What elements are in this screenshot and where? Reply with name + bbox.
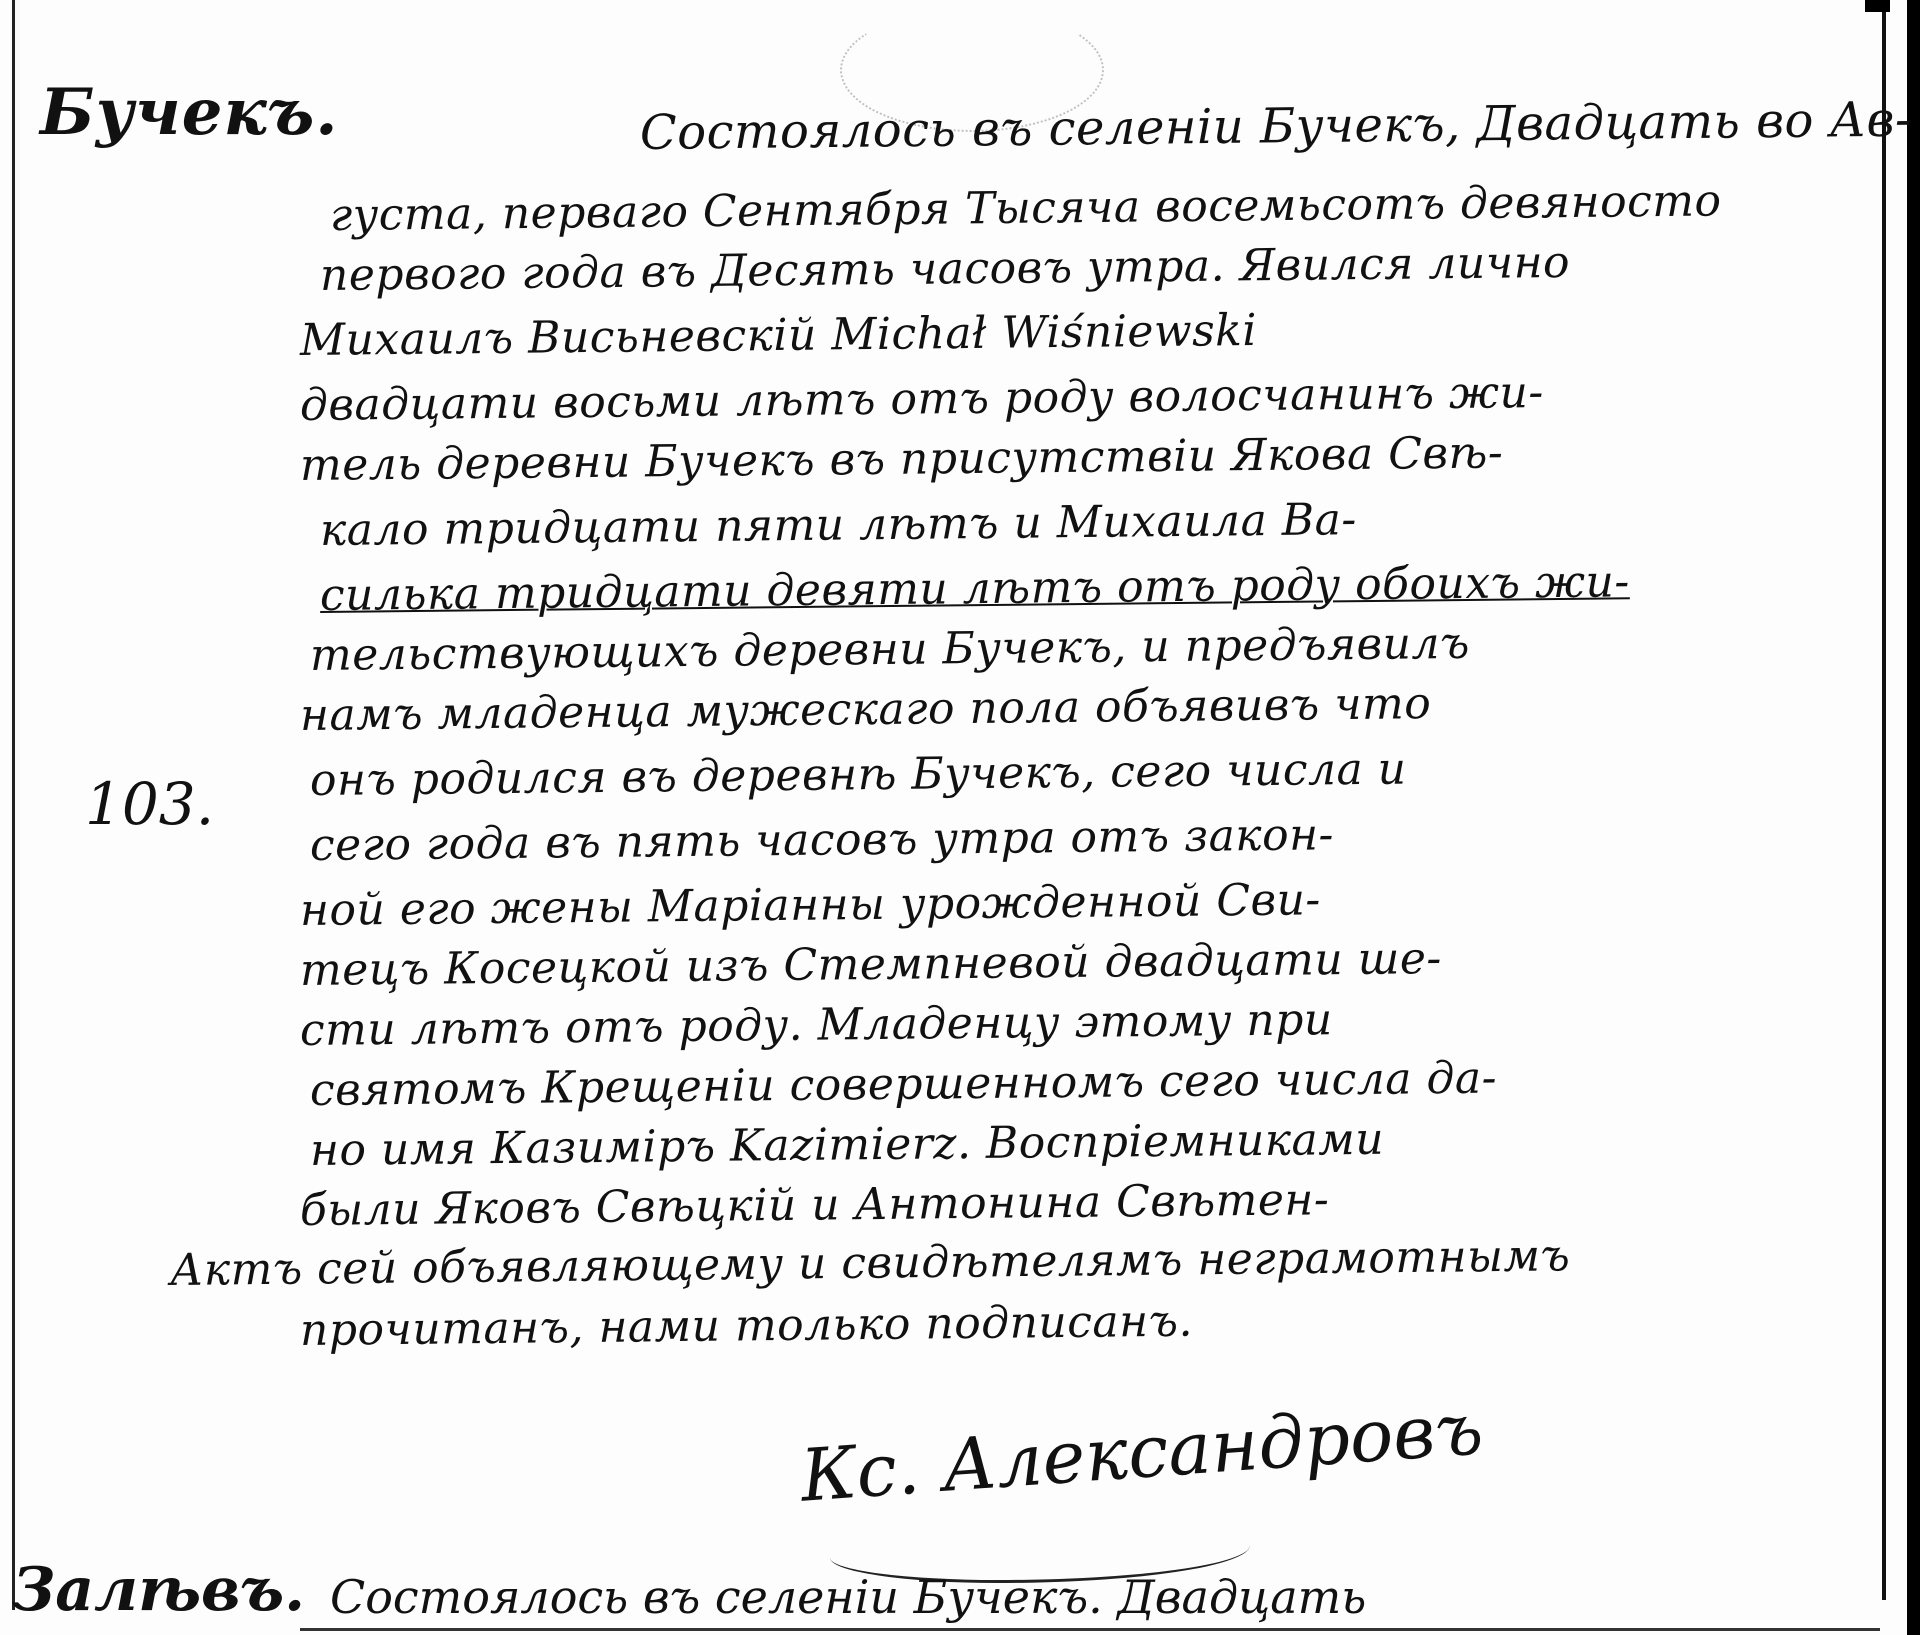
priest-signature: Кс. Александровъ: [798, 1386, 1486, 1517]
record-line-16: святомъ Крещеніи совершенномъ сего числа…: [310, 1053, 1497, 1116]
next-entry-heading: Залѣвъ.: [12, 1555, 305, 1625]
record-line-9: тельствующихъ деревни Бучекъ, и предъяви…: [310, 618, 1470, 681]
record-line-19: Актъ сей объявляющему и свидѣтелямъ негр…: [170, 1230, 1571, 1296]
record-line-3: первого года въ Десять часовъ утра. Явил…: [320, 237, 1571, 301]
record-line-4: Михаилъ Висьневскій Michał Wiśniewski: [300, 305, 1257, 366]
record-line-13: ной его жены Маріанны урожденной Сви-: [300, 874, 1321, 936]
record-line-15: сти лѣтъ отъ роду. Младенцу этому при: [300, 994, 1333, 1056]
next-entry-first-line: Состоялось въ селеніи Бучекъ. Двадцать: [330, 1570, 1366, 1624]
record-line-8: силька тридцати девяти лѣтъ отъ роду обо…: [320, 556, 1630, 621]
record-line-12: сего года въ пять часовъ утра отъ закон-: [310, 809, 1334, 871]
record-line-14: тецъ Косецкой изъ Стемпневой двадцати ше…: [300, 933, 1442, 996]
record-line-7: кало тридцати пяти лѣтъ и Михаила Ва-: [320, 494, 1357, 556]
right-page-border: [1882, 10, 1886, 1600]
record-line-11: онъ родился въ деревнѣ Бучекъ, сего числ…: [310, 744, 1407, 806]
record-line-2: густа, перваго Сентября Тысяча восемьсот…: [330, 175, 1722, 241]
left-page-border: [12, 0, 15, 1610]
scan-edge: [1907, 0, 1920, 1635]
record-line-6: тель деревни Бучекъ въ присутствіи Якова…: [300, 427, 1504, 491]
record-line-20: прочитанъ, нами только подписанъ.: [300, 1296, 1193, 1356]
record-line-18: были Яковъ Свѣцкій и Антонина Свѣтен-: [300, 1174, 1330, 1236]
scan-corner: [1865, 0, 1890, 12]
act-number: 103.: [85, 770, 214, 838]
bottom-rule: [300, 1628, 1880, 1631]
margin-heading-village: Бучекъ.: [40, 75, 339, 150]
record-line-1: Состоялось въ селеніи Бучекъ, Двадцать в…: [640, 92, 1912, 161]
record-line-17: но имя Казиміръ Kazimierz. Воспріемникам…: [310, 1114, 1385, 1176]
record-line-10: намъ младенца мужескаго пола объявивъ чт…: [300, 678, 1432, 741]
record-line-5: двадцати восьми лѣтъ отъ роду волосчанин…: [300, 367, 1544, 431]
document-page: Бучекъ. 103. Состоялось въ селеніи Бучек…: [0, 0, 1920, 1635]
